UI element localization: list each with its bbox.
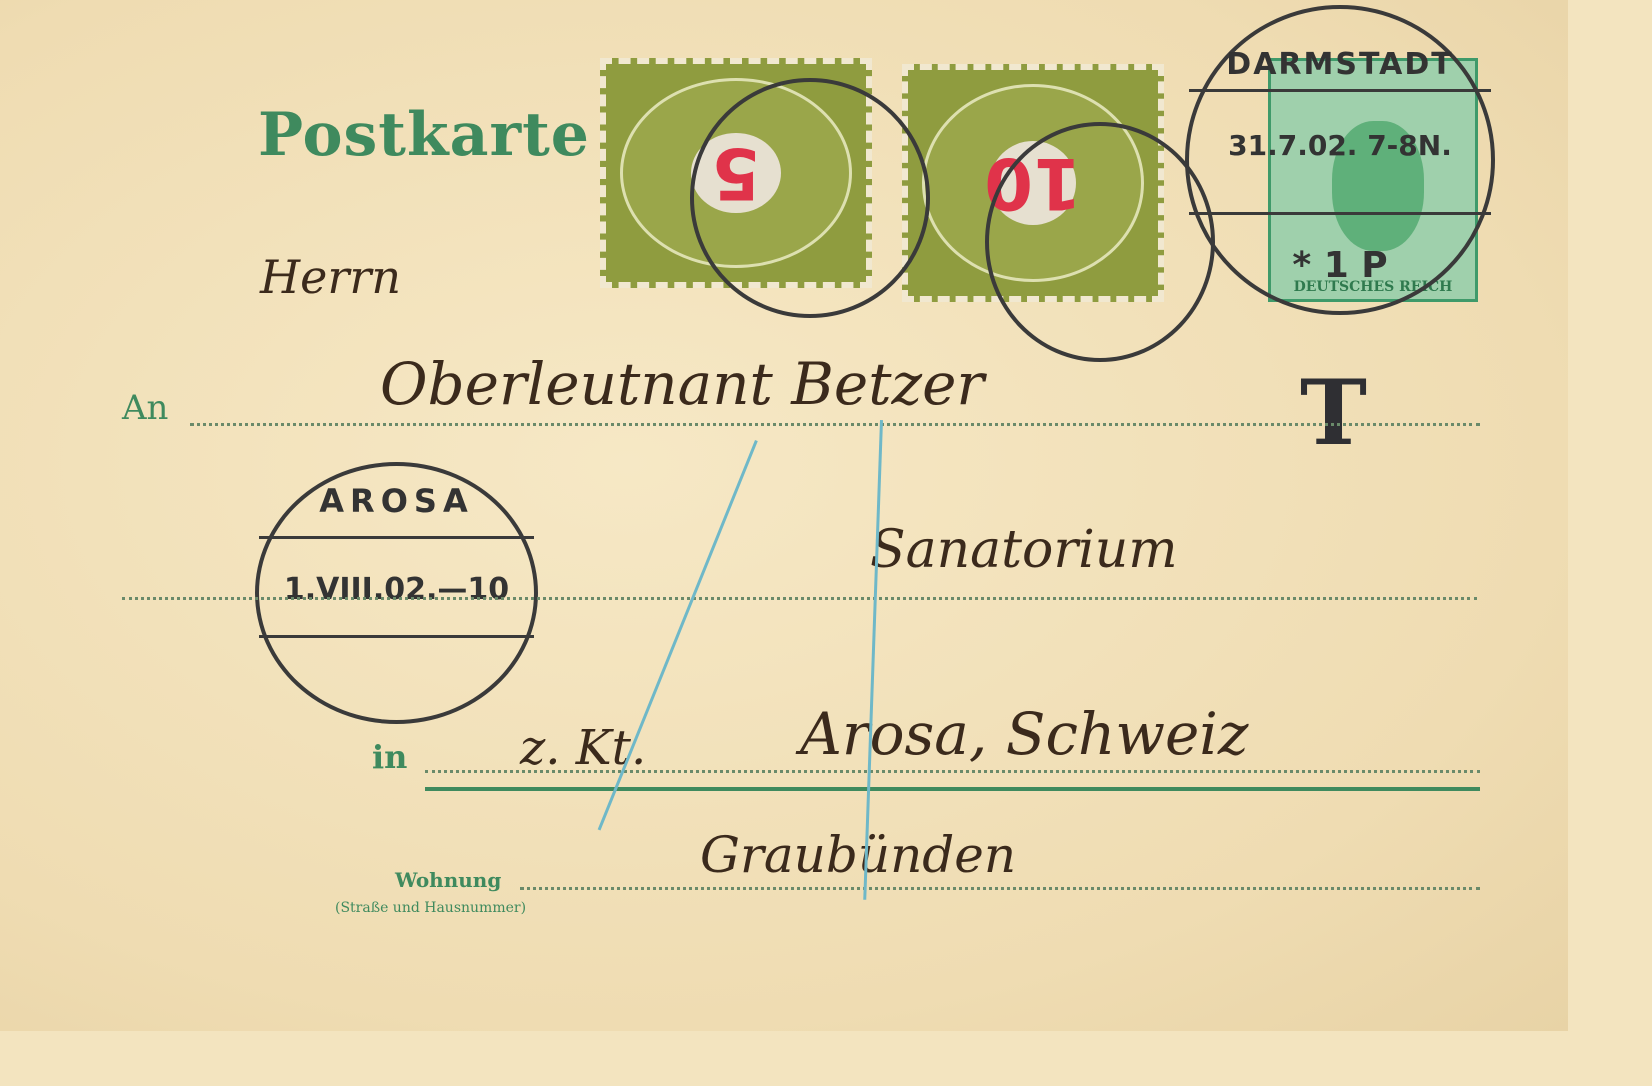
label-wohnung: Wohnung	[395, 868, 501, 892]
label-wohnung-sub: (Straße und Hausnummer)	[335, 900, 526, 916]
handwriting-line3-prefix: z. Kt.	[520, 720, 646, 776]
postmark-town: DARMSTADT	[1189, 47, 1491, 82]
handwriting-line4: Graubünden	[700, 826, 1016, 884]
handwriting-line2: Sanatorium	[870, 520, 1178, 580]
postmark-date: 1.VIII.02.—10	[259, 572, 534, 607]
label-in: in	[372, 738, 407, 776]
handwriting-salutation: Herrn	[260, 250, 401, 304]
postmark-town: AROSA	[259, 482, 534, 520]
postcard: Postkarte 5 10 DEUTSCHES REICH DARMSTADT…	[0, 0, 1568, 1031]
label-an: An	[122, 388, 168, 428]
postmark-arosa: AROSA 1.VIII.02.—10	[255, 462, 538, 724]
tax-mark-t: T	[1300, 360, 1367, 466]
postmark-date: 31.7.02. 7-8N.	[1189, 129, 1491, 162]
postmark-code: * 1 P	[1189, 245, 1491, 286]
cancel-ring-2	[985, 122, 1215, 362]
cancel-ring-1	[690, 78, 930, 318]
postkarte-title: Postkarte	[258, 100, 590, 170]
postmark-darmstadt: DARMSTADT 31.7.02. 7-8N. * 1 P	[1185, 5, 1495, 315]
handwriting-name: Oberleutnant Betzer	[380, 350, 984, 418]
